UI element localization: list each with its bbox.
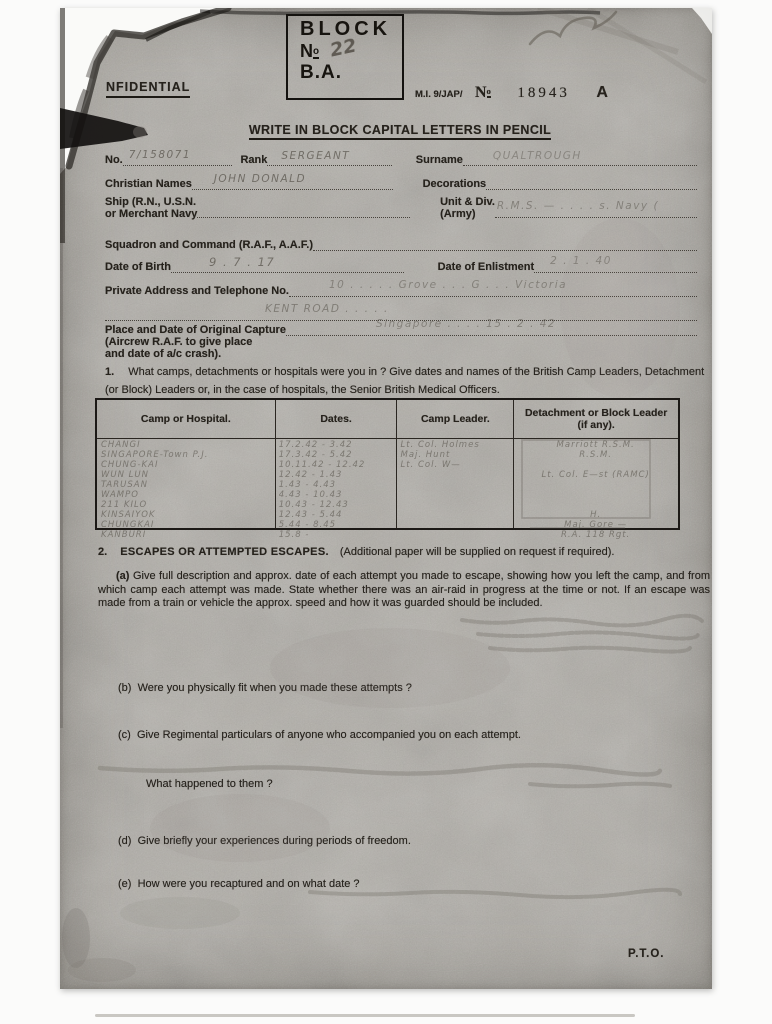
unit-div-label-2: (Army) xyxy=(440,208,495,220)
rank-field: SERGEANT xyxy=(267,151,391,166)
question-2c: (c) Give Regimental particulars of anyon… xyxy=(118,729,678,743)
table-row: 211 KILO10.43 - 12.43 xyxy=(97,500,678,510)
dob-label: Date of Birth xyxy=(105,261,171,273)
row-capture: Place and Date of Original Capture Singa… xyxy=(105,321,697,336)
row-ship-unit: Ship (R.N., U.S.N. or Merchant Navy Unit… xyxy=(105,196,697,220)
q2a-text: Give full description and approx. date o… xyxy=(98,570,710,609)
table-row: CHUNG-KAI10.11.42 - 12.42Lt. Col. W— xyxy=(97,460,678,470)
question-2b: (b) Were you physically fit when you mad… xyxy=(118,682,678,696)
scanned-form-page: BLOCK No 22 B.A. NFIDENTIAL M.I. 9/JAP/ … xyxy=(60,8,712,989)
q2b-label: (b) xyxy=(118,682,131,694)
address-field-line1: 10 . . . . . Grove . . . G . . . Victori… xyxy=(289,282,697,297)
q2d-text: Give briefly your experiences during per… xyxy=(138,835,411,847)
block-number-stamp: BLOCK No 22 B.A. xyxy=(286,14,404,100)
question-2d: (d) Give briefly your experiences during… xyxy=(118,835,678,849)
scan-edge-artifact xyxy=(95,1014,635,1017)
ref-no-label: No xyxy=(475,84,491,101)
dept-ref: M.I. 9/JAP/ xyxy=(415,89,463,100)
table-row: CHUNGKAI5.44 - 8.45Maj. Gore — xyxy=(97,520,678,530)
q2b-text: Were you physically fit when you made th… xyxy=(138,682,412,694)
table-row: SINGAPORE-Town P.J.17.3.42 - 5.42Maj. Hu… xyxy=(97,450,678,460)
q2a-label: (a) xyxy=(116,570,129,582)
enlistment-label: Date of Enlistment xyxy=(438,261,535,273)
row-birth-enlistment: Date of Birth 9 . 7 . 17 Date of Enlistm… xyxy=(105,258,697,273)
capture-note-1: (Aircrew R.A.F. to give place xyxy=(105,336,252,348)
confidential-marking: NFIDENTIAL xyxy=(106,80,190,98)
form-instruction: WRITE IN BLOCK CAPITAL LETTERS IN PENCIL xyxy=(190,121,610,139)
table-row: WAMPO4.43 - 10.43 xyxy=(97,490,678,500)
q1-text: What camps, detachments or hospitals wer… xyxy=(105,366,704,396)
q2c-label: (c) xyxy=(118,729,131,741)
question-2-heading: 2. ESCAPES OR ATTEMPTED ESCAPES. (Additi… xyxy=(98,546,708,558)
q2c2-text: What happened to them ? xyxy=(146,778,273,790)
question-2c-followup: What happened to them ? xyxy=(146,778,546,792)
q1-number: 1. xyxy=(105,366,114,378)
table-row: KINSAIYOK12.43 - 5.44H. xyxy=(97,510,678,520)
dob-field: 9 . 7 . 17 xyxy=(171,258,404,273)
row-address: Private Address and Telephone No. 10 . .… xyxy=(105,282,697,297)
q2-number: 2. xyxy=(98,546,107,558)
unit-div-field: R.M.S. — . . . . s. Navy ( xyxy=(495,203,697,218)
ship-label-1: Ship (R.N., U.S.N. xyxy=(105,196,197,208)
rank-label: Rank xyxy=(240,154,267,166)
table-row: WUN LUN12.42 - 1.43Lt. Col. E—st (RAMC) xyxy=(97,470,678,480)
no-label: No. xyxy=(105,154,123,166)
camps-table: Camp or Hospital. Dates. Camp Leader. De… xyxy=(95,398,680,530)
stamp-no-label: No xyxy=(300,41,319,61)
q2-title: ESCAPES OR ATTEMPTED ESCAPES. xyxy=(120,546,329,558)
q2d-label: (d) xyxy=(118,835,131,847)
surname-field: QUALTROUGH xyxy=(463,151,697,166)
q2c-text: Give Regimental particulars of anyone wh… xyxy=(137,729,521,741)
camps-table-header: Camp or Hospital. Dates. Camp Leader. De… xyxy=(97,400,678,439)
christian-names-label: Christian Names xyxy=(105,178,192,190)
decorations-field xyxy=(486,175,697,190)
q2-note: (Additional paper will be supplied on re… xyxy=(340,546,615,558)
christian-names-field: JOHN DONALD xyxy=(192,175,393,190)
pto-label: P.T.O. xyxy=(628,948,664,960)
ref-number: 18943 xyxy=(517,85,570,101)
ship-label-2: or Merchant Navy xyxy=(105,208,197,220)
stamp-handwritten-number: 22 xyxy=(328,34,358,61)
row-no-rank-surname: No. 7/158071 Rank SERGEANT Surname QUALT… xyxy=(105,151,697,166)
no-field: 7/158071 xyxy=(123,151,233,166)
squadron-label: Squadron and Command (R.A.F., A.A.F.) xyxy=(105,239,313,251)
col-header-leader: Camp Leader. xyxy=(396,400,513,438)
file-reference: M.I. 9/JAP/ No 18943 A xyxy=(415,84,705,102)
table-row: CHANGI17.2.42 - 3.42Lt. Col. HolmesMarri… xyxy=(97,440,678,450)
capture-label: Place and Date of Original Capture xyxy=(105,324,286,336)
col-header-block-leader: Detachment or Block Leader (if any). xyxy=(513,400,678,438)
capture-note-2: and date of a/c crash). xyxy=(105,348,221,360)
squadron-field xyxy=(313,236,697,251)
capture-field: Singapore . . . . 15 . 2 . 42 xyxy=(286,321,697,336)
row-squadron: Squadron and Command (R.A.F., A.A.F.) xyxy=(105,236,697,251)
ship-field xyxy=(197,203,410,218)
question-2e: (e) How were you recaptured and on what … xyxy=(118,878,678,892)
stamp-ba-label: B.A. xyxy=(300,62,402,84)
table-row: TARUSAN1.43 - 4.43 xyxy=(97,480,678,490)
enlistment-field: 2 . 1 . 40 xyxy=(534,258,697,273)
q2e-label: (e) xyxy=(118,878,131,890)
question-2a: (a) Give full description and approx. da… xyxy=(98,570,710,611)
row-names-decorations: Christian Names JOHN DONALD Decorations xyxy=(105,175,697,190)
ref-series: A xyxy=(596,84,608,101)
col-header-dates: Dates. xyxy=(275,400,397,438)
surname-label: Surname xyxy=(416,154,463,166)
camps-table-entries: CHANGI17.2.42 - 3.42Lt. Col. HolmesMarri… xyxy=(97,438,678,528)
decorations-label: Decorations xyxy=(423,178,487,190)
q2e-text: How were you recaptured and on what date… xyxy=(138,878,360,890)
table-row: KANBURI15.8 -R.A. 118 Rgt. xyxy=(97,530,678,540)
unit-div-label-1: Unit & Div. xyxy=(440,196,495,208)
col-header-camp: Camp or Hospital. xyxy=(97,400,275,438)
question-1: 1.What camps, detachments or hospitals w… xyxy=(105,362,707,398)
address-label: Private Address and Telephone No. xyxy=(105,285,289,297)
